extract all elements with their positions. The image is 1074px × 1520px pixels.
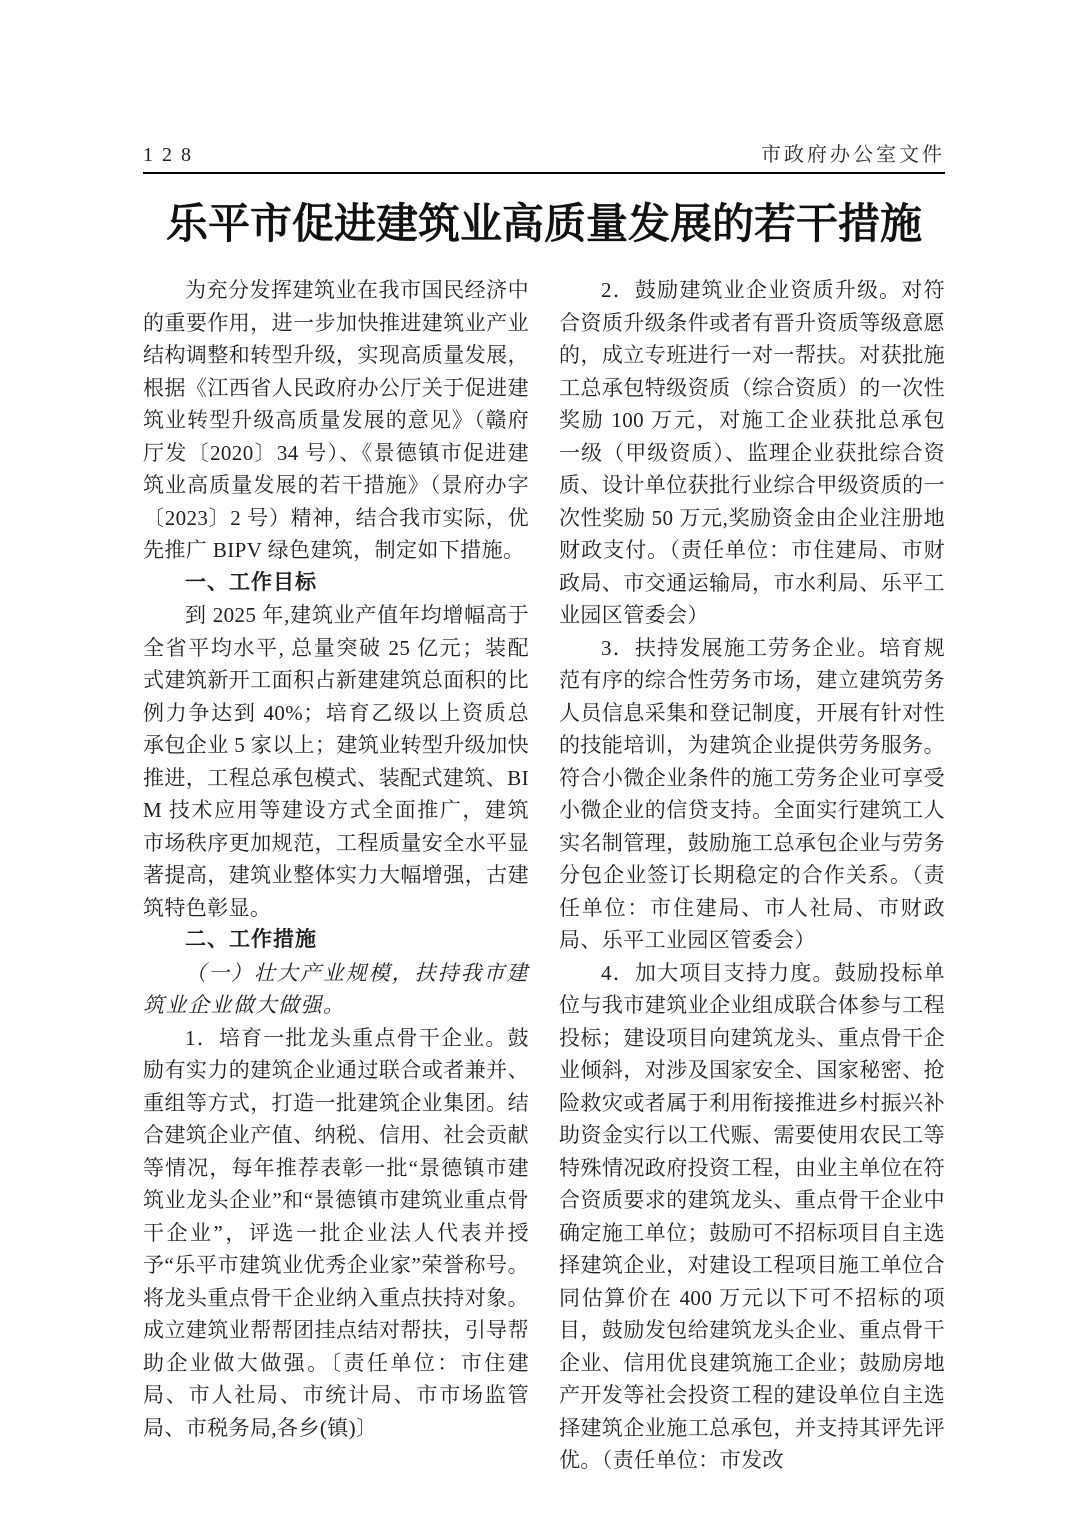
page-header: 1 2 8 市政府办公室文件: [143, 138, 945, 174]
document-title: 乐平市促进建筑业高质量发展的若干措施: [143, 198, 945, 250]
document-page: 1 2 8 市政府办公室文件 乐平市促进建筑业高质量发展的若干措施 为充分发挥建…: [0, 0, 1074, 1520]
paragraph-measure-2: 2．鼓励建筑业企业资质升级。对符合资质升级条件或者有晋升资质等级意愿的，成立专班…: [559, 274, 945, 632]
paragraph-measure-3: 3．扶持发展施工劳务企业。培育规范有序的综合性劳务市场，建立建筑劳务人员信息采集…: [559, 632, 945, 957]
paragraph-measure-4: 4．加大项目支持力度。鼓励投标单位与我市建筑业企业组成联合体参与工程投标；建设项…: [559, 957, 945, 1477]
section-heading-work-measures: 二、工作措施: [143, 924, 529, 957]
right-column: 2．鼓励建筑业企业资质升级。对符合资质升级条件或者有晋升资质等级意愿的，成立专班…: [559, 274, 945, 1477]
subsection-heading-industry-scale: （一）壮大产业规模，扶持我市建筑业企业做大做强。: [143, 957, 529, 1022]
content-columns: 为充分发挥建筑业在我市国民经济中的重要作用，进一步加快推进建筑业产业结构调整和转…: [143, 274, 945, 1477]
paragraph-preamble: 为充分发挥建筑业在我市国民经济中的重要作用，进一步加快推进建筑业产业结构调整和转…: [143, 274, 529, 567]
section-heading-work-goals: 一、工作目标: [143, 567, 529, 600]
header-document-category: 市政府办公室文件: [761, 138, 945, 167]
paragraph-measure-1: 1．培育一批龙头重点骨干企业。鼓励有实力的建筑企业通过联合或者兼并、重组等方式，…: [143, 1022, 529, 1445]
left-column: 为充分发挥建筑业在我市国民经济中的重要作用，进一步加快推进建筑业产业结构调整和转…: [143, 274, 529, 1477]
page-number: 1 2 8: [143, 144, 193, 167]
paragraph-work-goals: 到 2025 年,建筑业产值年均增幅高于全省平均水平, 总量突破 25 亿元；装…: [143, 599, 529, 924]
